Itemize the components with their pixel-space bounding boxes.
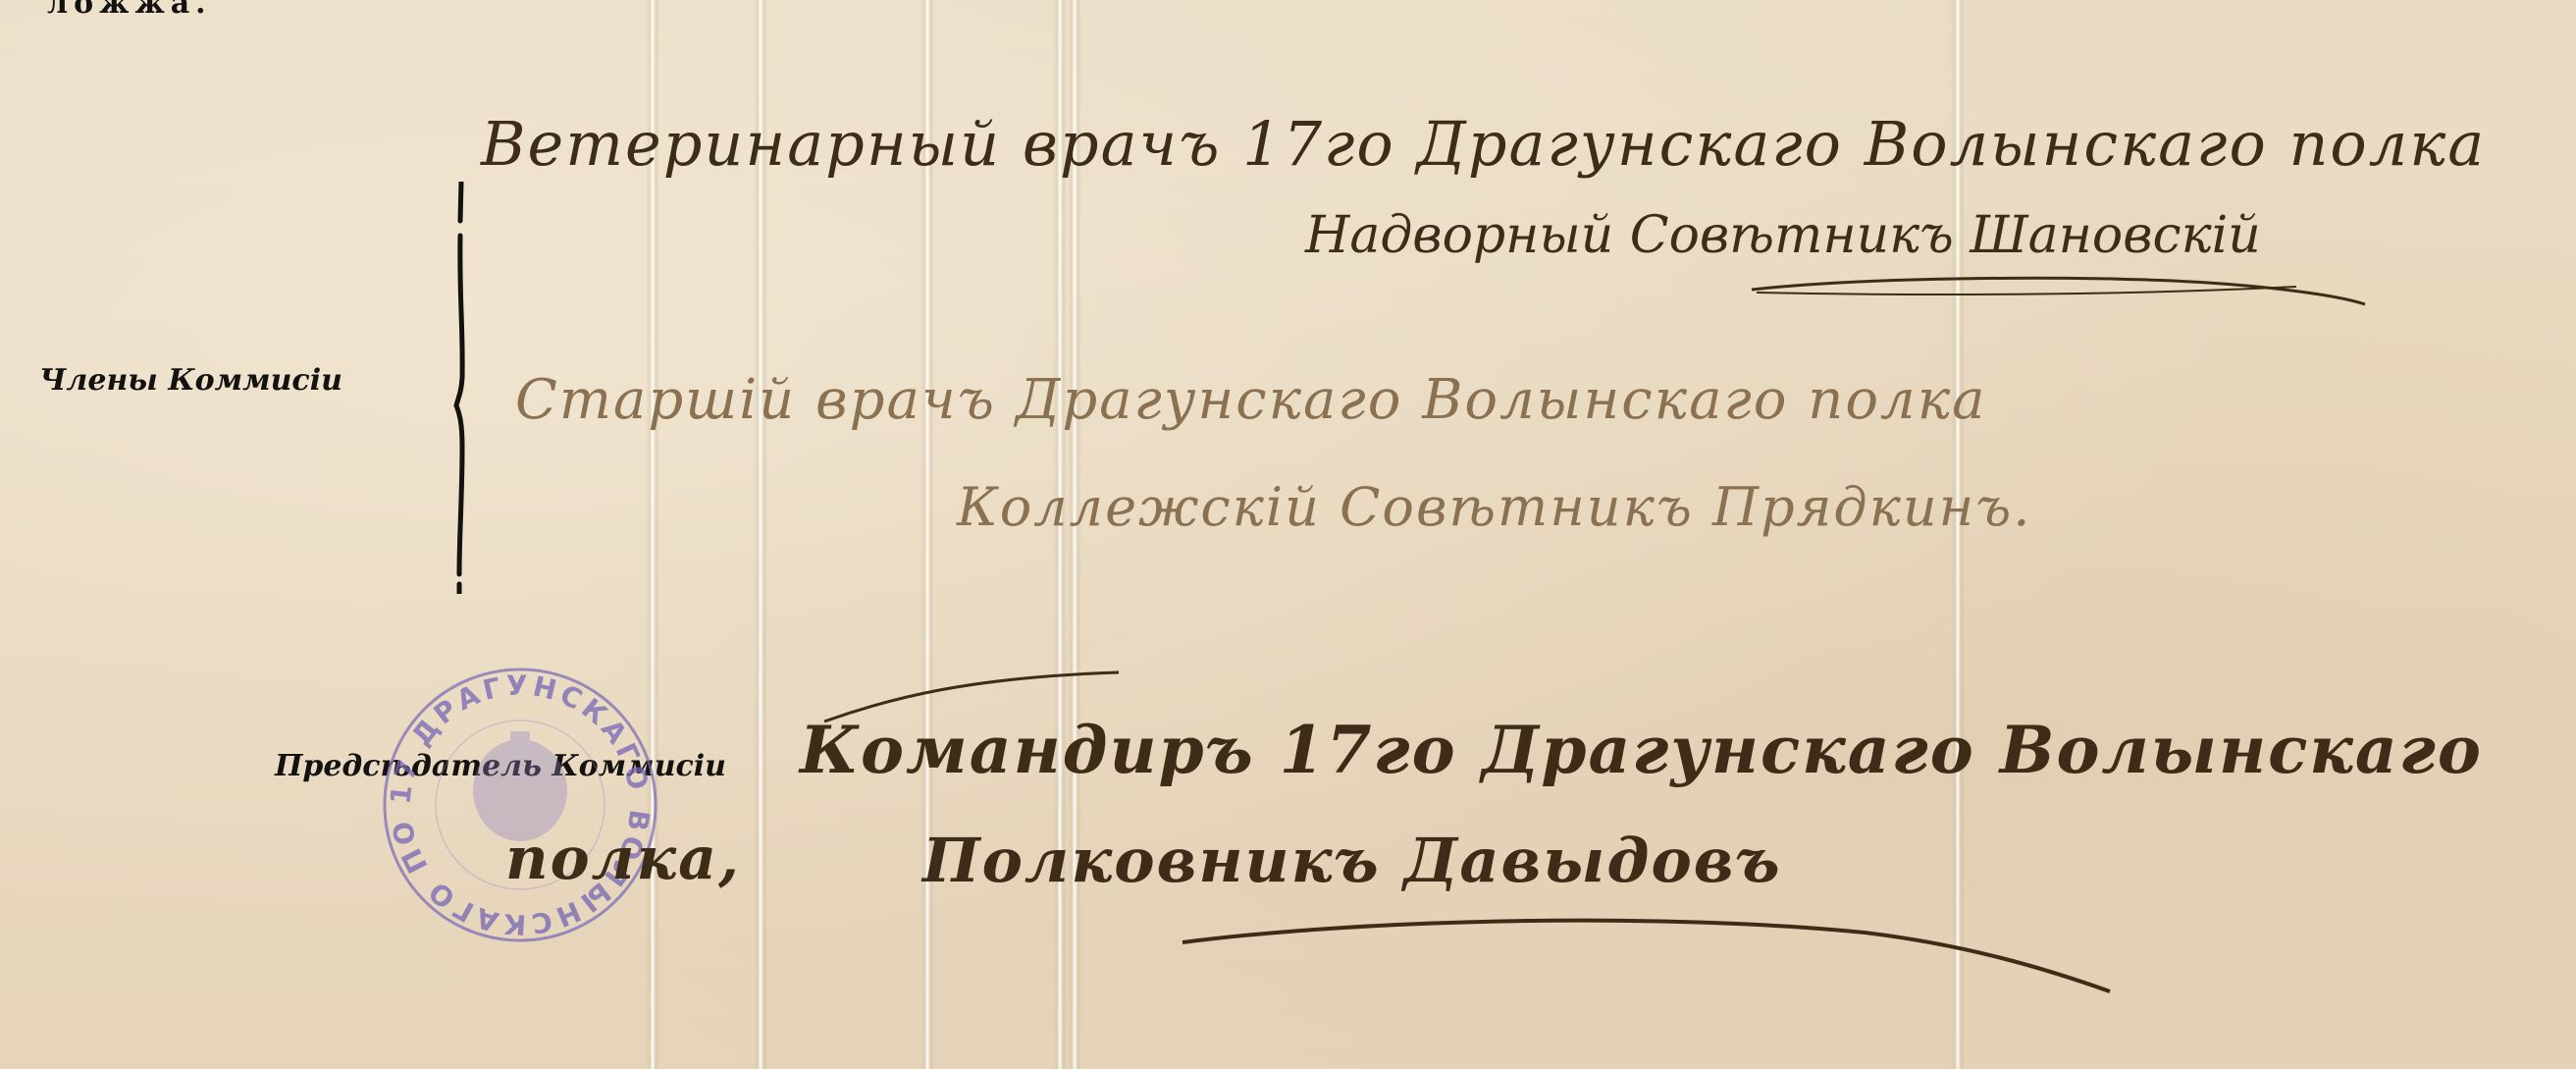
chairman-signature-underline — [1178, 913, 2120, 1001]
member-1-position: Ветеринарный врачъ 17го Драгунскаго Волы… — [481, 108, 2486, 180]
member-1-rank-name: Надворный Совѣтникъ Шановскій — [1305, 206, 2261, 265]
document-page: ложжа. Члены Коммисіи Предсѣдатель Комми… — [0, 0, 2576, 1069]
signature-underline — [1747, 265, 2375, 314]
regimental-stamp: 17 ДРАГУНСКАГО ВОЛЫНСКАГО ПОЛКА — [378, 663, 662, 947]
member-2-position: Старшій врачъ Драгунскаго Волынскаго пол… — [515, 368, 1987, 432]
members-label: Члены Коммисіи — [39, 363, 342, 398]
chairman-regiment-word: полка, — [505, 825, 741, 893]
member-2-rank-name: Коллежскій Совѣтникъ Прядкинъ. — [957, 476, 2031, 538]
brace-icon — [453, 182, 469, 594]
header-fragment: ложжа. — [47, 0, 212, 21]
chairman-position: Командиръ 17го Драгунскаго Волынскаго — [800, 712, 2483, 788]
chairman-rank-name: Полковникъ Давыдовъ — [922, 825, 1782, 896]
